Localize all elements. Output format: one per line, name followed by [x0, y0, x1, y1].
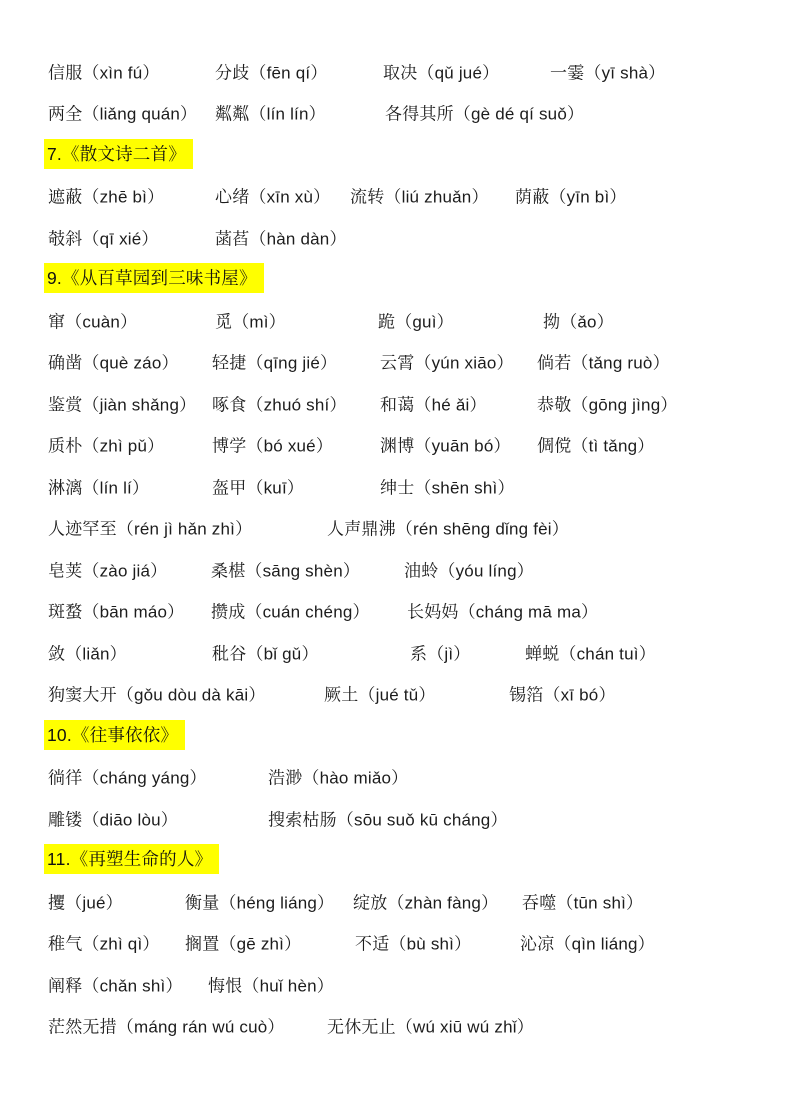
- word-entry: 倘若（tǎng ruò）: [537, 349, 670, 374]
- word-entry: 沁凉（qìn liáng）: [520, 930, 655, 955]
- document-page: 信服（xìn fú）分歧（fēn qí）取决（qǔ jué）一霎（yī shà）…: [0, 0, 790, 1118]
- word-entry: 不适（bù shì）: [355, 930, 471, 955]
- word-line: 信服（xìn fú）分歧（fēn qí）取决（qǔ jué）一霎（yī shà）: [0, 50, 790, 92]
- word-entry: 流转（liú zhuǎn）: [350, 183, 489, 208]
- word-entry: 渊博（yuān bó）: [380, 432, 511, 457]
- word-entry: 觅（mì）: [215, 307, 286, 332]
- word-entry: 衡量（héng liáng）: [185, 888, 334, 913]
- word-entry: 敛（liǎn）: [48, 639, 127, 664]
- word-entry: 轻捷（qīng jié）: [212, 349, 337, 374]
- word-entry: 浩渺（hào miǎo）: [268, 764, 408, 789]
- word-entry: 厥土（jué tǔ）: [324, 681, 436, 706]
- word-line: 遮蔽（zhē bì）心绪（xīn xù）流转（liú zhuǎn）荫蔽（yīn …: [0, 175, 790, 217]
- word-line: 攫（jué）衡量（héng liáng）绽放（zhàn fàng）吞噬（tūn …: [0, 880, 790, 922]
- word-line: 两全（liǎng quán）粼粼（lín lín）各得其所（gè dé qí s…: [0, 92, 790, 134]
- word-entry: 博学（bó xué）: [212, 432, 333, 457]
- word-entry: 雕镂（diāo lòu）: [48, 805, 178, 830]
- word-entry: 吞噬（tūn shì）: [522, 888, 643, 913]
- word-line: 狗窦大开（gǒu dòu dà kāi）厥土（jué tǔ）锡箔（xī bó）: [0, 673, 790, 715]
- word-line: 淋漓（lín lí）盔甲（kuī）绅士（shēn shì）: [0, 465, 790, 507]
- word-line: 茫然无措（máng rán wú cuò）无休无止（wú xiū wú zhǐ）: [0, 1005, 790, 1047]
- word-entry: 恭敬（gōng jìng）: [537, 390, 678, 415]
- word-entry: 分歧（fēn qí）: [215, 58, 328, 83]
- word-entry: 拗（ǎo）: [543, 307, 614, 332]
- word-entry: 菡萏（hàn dàn）: [215, 224, 347, 249]
- section-header-line: 10.《往事依依》: [0, 714, 790, 756]
- word-entry: 粼粼（lín lín）: [215, 100, 326, 125]
- word-entry: 跪（guì）: [378, 307, 454, 332]
- word-entry: 啄食（zhuó shí）: [212, 390, 347, 415]
- word-line: 斑蝥（bān máo）攒成（cuán chéng）长妈妈（cháng mā ma…: [0, 590, 790, 632]
- section-header-line: 11.《再塑生命的人》: [0, 839, 790, 881]
- word-entry: 秕谷（bǐ gǔ）: [212, 639, 319, 664]
- section-header: 9.《从百草园到三味书屋》: [44, 263, 264, 293]
- word-line: 人迹罕至（rén jì hǎn zhì）人声鼎沸（rén shēng dǐng …: [0, 507, 790, 549]
- word-entry: 绽放（zhàn fàng）: [353, 888, 498, 913]
- word-entry: 荫蔽（yīn bì）: [515, 183, 627, 208]
- word-entry: 茫然无措（máng rán wú cuò）: [48, 1013, 285, 1038]
- word-line: 窜（cuàn）觅（mì）跪（guì）拗（ǎo）: [0, 299, 790, 341]
- word-entry: 皂荚（zào jiá）: [48, 556, 167, 581]
- word-entry: 徜徉（cháng yáng）: [48, 764, 207, 789]
- word-entry: 盔甲（kuī）: [212, 473, 304, 498]
- word-line: 敛（liǎn）秕谷（bǐ gǔ）系（jì）蝉蜕（chán tuì）: [0, 631, 790, 673]
- word-entry: 悔恨（huǐ hèn）: [208, 971, 334, 996]
- word-entry: 云霄（yún xiāo）: [380, 349, 514, 374]
- word-line: 徜徉（cháng yáng）浩渺（hào miǎo）: [0, 756, 790, 798]
- word-entry: 桑椹（sāng shèn）: [211, 556, 360, 581]
- word-entry: 搜索枯肠（sōu suǒ kū cháng）: [268, 805, 508, 830]
- word-entry: 淋漓（lín lí）: [48, 473, 149, 498]
- word-entry: 锡箔（xī bó）: [509, 681, 616, 706]
- word-entry: 鉴赏（jiàn shǎng）: [48, 390, 196, 415]
- section-header-line: 7.《散文诗二首》: [0, 133, 790, 175]
- word-entry: 人迹罕至（rén jì hǎn zhì）: [48, 515, 252, 540]
- word-entry: 一霎（yī shà）: [550, 58, 665, 83]
- word-entry: 蝉蜕（chán tuì）: [525, 639, 656, 664]
- word-entry: 遮蔽（zhē bì）: [48, 183, 164, 208]
- word-line: 鉴赏（jiàn shǎng）啄食（zhuó shí）和蔼（hé ǎi）恭敬（gō…: [0, 382, 790, 424]
- word-entry: 系（jì）: [410, 639, 471, 664]
- word-entry: 攫（jué）: [48, 888, 123, 913]
- word-line: 皂荚（zào jiá）桑椹（sāng shèn）油蛉（yóu líng）: [0, 548, 790, 590]
- word-entry: 阐释（chǎn shì）: [48, 971, 183, 996]
- word-entry: 长妈妈（cháng mā ma）: [407, 598, 598, 623]
- word-entry: 倜傥（tì tǎng）: [537, 432, 654, 457]
- word-entry: 信服（xìn fú）: [48, 58, 160, 83]
- word-entry: 确凿（què záo）: [48, 349, 179, 374]
- word-line: 确凿（què záo）轻捷（qīng jié）云霄（yún xiāo）倘若（tǎ…: [0, 341, 790, 383]
- word-entry: 搁置（gē zhì）: [185, 930, 301, 955]
- word-entry: 窜（cuàn）: [48, 307, 137, 332]
- word-entry: 油蛉（yóu líng）: [404, 556, 534, 581]
- word-line: 阐释（chǎn shì）悔恨（huǐ hèn）: [0, 963, 790, 1005]
- section-header-line: 9.《从百草园到三味书屋》: [0, 258, 790, 300]
- section-header: 7.《散文诗二首》: [44, 139, 193, 169]
- word-entry: 质朴（zhì pǔ）: [48, 432, 164, 457]
- word-entry: 攒成（cuán chéng）: [211, 598, 370, 623]
- word-entry: 狗窦大开（gǒu dòu dà kāi）: [48, 681, 266, 706]
- word-line: 稚气（zhì qì）搁置（gē zhì）不适（bù shì）沁凉（qìn liá…: [0, 922, 790, 964]
- word-line: 雕镂（diāo lòu）搜索枯肠（sōu suǒ kū cháng）: [0, 797, 790, 839]
- word-entry: 斑蝥（bān máo）: [48, 598, 184, 623]
- word-entry: 无休无止（wú xiū wú zhǐ）: [327, 1013, 534, 1038]
- word-entry: 稚气（zhì qì）: [48, 930, 160, 955]
- word-line: 攲斜（qī xié）菡萏（hàn dàn）: [0, 216, 790, 258]
- word-entry: 人声鼎沸（rén shēng dǐng fèi）: [327, 515, 569, 540]
- word-entry: 绅士（shēn shì）: [380, 473, 515, 498]
- word-entry: 各得其所（gè dé qí suǒ）: [385, 100, 584, 125]
- word-entry: 攲斜（qī xié）: [48, 224, 159, 249]
- word-entry: 心绪（xīn xù）: [215, 183, 330, 208]
- section-header: 10.《往事依依》: [44, 720, 185, 750]
- section-header: 11.《再塑生命的人》: [44, 844, 219, 874]
- word-line: 质朴（zhì pǔ）博学（bó xué）渊博（yuān bó）倜傥（tì tǎn…: [0, 424, 790, 466]
- word-entry: 和蔼（hé ǎi）: [380, 390, 487, 415]
- word-entry: 两全（liǎng quán）: [48, 100, 197, 125]
- word-entry: 取决（qǔ jué）: [383, 58, 499, 83]
